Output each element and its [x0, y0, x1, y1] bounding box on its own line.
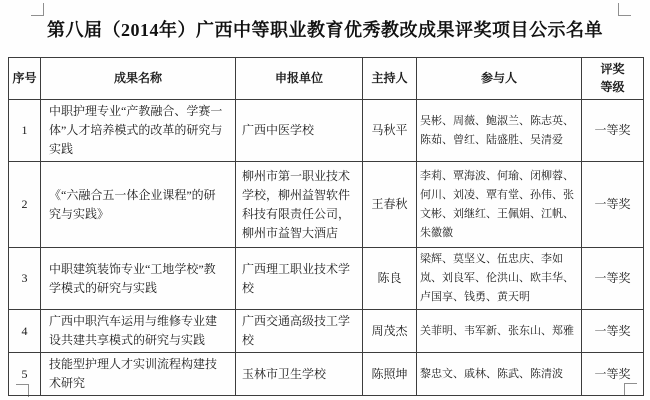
cell-declaring-unit: 广西交通高级技工学校	[236, 310, 363, 353]
col-header-achievement-name: 成果名称	[41, 58, 236, 100]
col-header-award-grade: 评奖等级	[582, 58, 644, 100]
cell-declaring-unit: 广西理工职业技术学校	[236, 248, 363, 310]
table-header-row: 序号 成果名称 申报单位 主持人 参与人 评奖等级	[9, 58, 644, 100]
table-row: 1 中职护理专业“产教融合、学赛一体”人才培养模式的改革的研究与实践 广西中医学…	[9, 100, 644, 162]
cell-participants: 李莉、覃海波、何瑜、闭柳蓉、何川、刘凌、覃有堂、孙伟、张文彬、刘继红、王佩娟、江…	[417, 162, 582, 248]
cell-achievement-name: 技能型护理人才实训流程构建技术研究	[41, 353, 236, 396]
col-header-participants: 参与人	[417, 58, 582, 100]
cell-declaring-unit: 柳州市第一职业技术学校，柳州益智软件科技有限责任公司，柳州市益智大酒店	[236, 162, 363, 248]
cell-award-grade: 一等奖	[582, 353, 644, 396]
cell-achievement-name: 广西中职汽车运用与维修专业建设共建共享模式的研究与实践	[41, 310, 236, 353]
cell-serial: 3	[9, 248, 41, 310]
cell-host: 陈照坤	[363, 353, 417, 396]
cell-achievement-name: 中职建筑装饰专业“工地学校”教学模式的研究与实践	[41, 248, 236, 310]
cell-declaring-unit: 广西中医学校	[236, 100, 363, 162]
cell-participants: 关菲明、韦军新、张东山、郑雅	[417, 310, 582, 353]
cell-participants: 黎忠文、戚林、陈武、陈清波	[417, 353, 582, 396]
cell-serial: 4	[9, 310, 41, 353]
cell-participants: 梁辉、莫坚义、伍忠庆、李如岚、刘良军、伦洪山、欧丰华、卢国享、钱勇、黄天明	[417, 248, 582, 310]
cell-award-grade: 一等奖	[582, 248, 644, 310]
col-header-serial: 序号	[9, 58, 41, 100]
col-header-award-grade-label: 评奖等级	[600, 60, 625, 96]
cell-declaring-unit: 玉林市卫生学校	[236, 353, 363, 396]
cell-achievement-name: 中职护理专业“产教融合、学赛一体”人才培养模式的改革的研究与实践	[41, 100, 236, 162]
cell-serial: 5	[9, 353, 41, 396]
col-header-host: 主持人	[363, 58, 417, 100]
cell-host: 马秋平	[363, 100, 417, 162]
page-title: 第八届（2014年）广西中等职业教育优秀教改成果评奖项目公示名单	[0, 16, 650, 42]
cell-serial: 1	[9, 100, 41, 162]
page-corner-mark-top-right	[618, 3, 631, 16]
cell-award-grade: 一等奖	[582, 162, 644, 248]
page-corner-mark-top-left	[31, 3, 44, 16]
table-row: 5 技能型护理人才实训流程构建技术研究 玉林市卫生学校 陈照坤 黎忠文、戚林、陈…	[9, 353, 644, 396]
table-row: 3 中职建筑装饰专业“工地学校”教学模式的研究与实践 广西理工职业技术学校 陈良…	[9, 248, 644, 310]
cell-host: 周茂杰	[363, 310, 417, 353]
cell-achievement-name: 《“六融合五一体企业课程”的研究与实践》	[41, 162, 236, 248]
cell-award-grade: 一等奖	[582, 100, 644, 162]
cell-participants: 吴彬、周薇、鲍淑兰、陈志英、陈茹、曾红、陆盛胜、吴清爱	[417, 100, 582, 162]
table-row: 4 广西中职汽车运用与维修专业建设共建共享模式的研究与实践 广西交通高级技工学校…	[9, 310, 644, 353]
award-results-table: 序号 成果名称 申报单位 主持人 参与人 评奖等级 1 中职护理专业“产教融合、…	[8, 57, 644, 396]
document-page: { "page": { "title": "第八届（2014年）广西中等职业教育…	[0, 0, 650, 400]
cell-host: 陈良	[363, 248, 417, 310]
cell-serial: 2	[9, 162, 41, 248]
cell-host: 王春秋	[363, 162, 417, 248]
table-row: 2 《“六融合五一体企业课程”的研究与实践》 柳州市第一职业技术学校，柳州益智软…	[9, 162, 644, 248]
cell-award-grade: 一等奖	[582, 310, 644, 353]
col-header-declaring-unit: 申报单位	[236, 58, 363, 100]
